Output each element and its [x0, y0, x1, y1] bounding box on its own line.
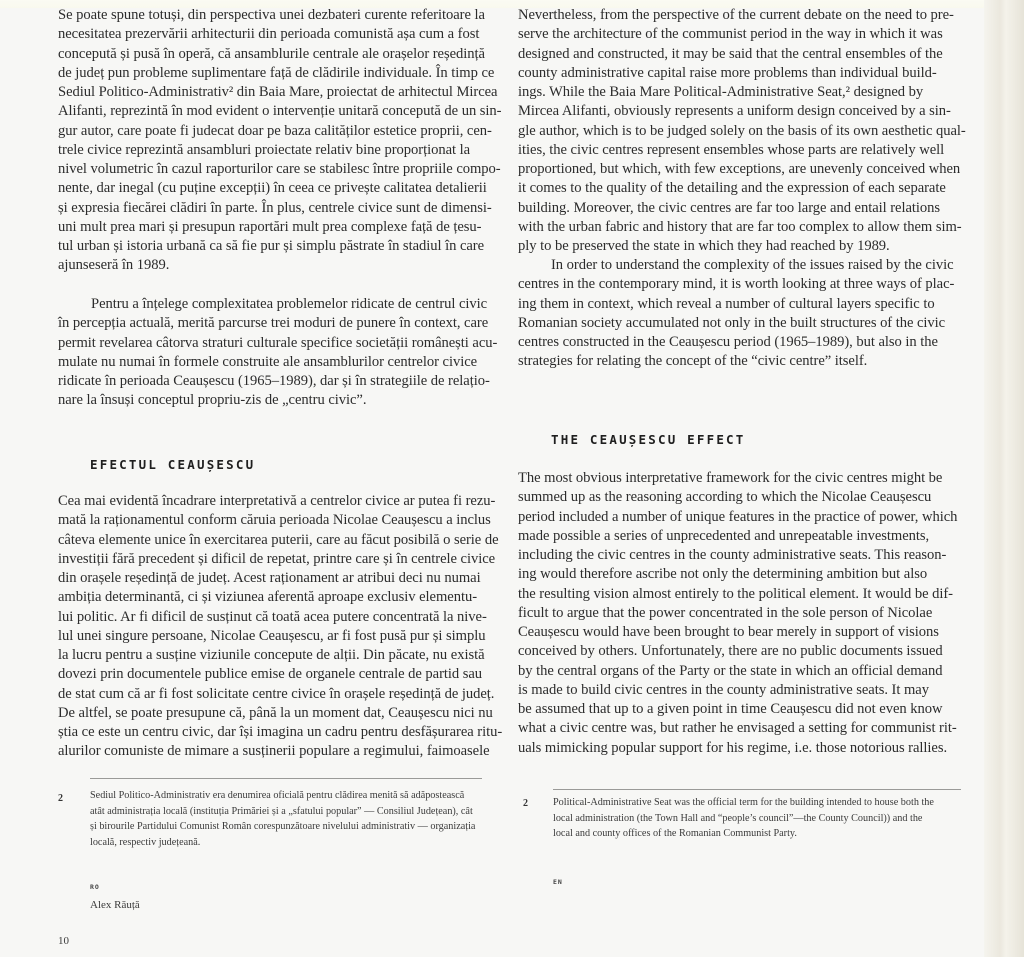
footnote-line: Sediul Politico-Administrativ era denumi… — [90, 788, 490, 804]
footnote-line: atât administrația locală (instituția Pr… — [90, 804, 490, 820]
text-line: ridicate în perioada Ceaușescu (1965–198… — [58, 372, 497, 391]
text-line: Pentru a înțelege complexitatea probleme… — [58, 295, 497, 314]
ro-paragraph-1: Se poate spune totuși, din perspectiva u… — [58, 6, 501, 276]
text-line: în percepția actuală, merită parcurse tr… — [58, 314, 497, 333]
text-line: by the central organs of the Party or th… — [518, 662, 950, 681]
text-line: investiții fără precedent și dificil de … — [58, 550, 478, 569]
text-line: county administrative capital raise more… — [518, 64, 950, 83]
text-line: the resulting vision almost entirely to … — [518, 585, 950, 604]
text-line: ply to be preserved the state in which t… — [518, 237, 950, 256]
text-line: uni mult prea mari și presupun raportări… — [58, 218, 501, 237]
footnote-line: local administration (the Town Hall and … — [553, 811, 963, 827]
text-line: Sediul Politico-Administrativ² din Baia … — [58, 83, 501, 102]
text-line: lui politic. Ar fi dificil de susținut c… — [58, 608, 478, 627]
text-line: nivel volumetric în cazul raporturilor c… — [58, 160, 501, 179]
text-line: trele civice reprezintă ansambluri proie… — [58, 141, 501, 160]
text-line: necesitatea prezervării arhitecturii din… — [58, 25, 501, 44]
text-line: Ceaușescu would have been brought to bea… — [518, 623, 950, 642]
text-line: mulate nu numai în formele construite al… — [58, 353, 497, 372]
text-line: ing would therefore ascribe not only the… — [518, 565, 950, 584]
text-line: strategies for relating the concept of t… — [518, 352, 950, 371]
text-line: period included a number of unique featu… — [518, 508, 950, 527]
text-line: nente, dar inegal (cu puține excepții) î… — [58, 179, 501, 198]
text-line: it comes to the quality of the detailing… — [518, 179, 950, 198]
en-paragraph-2: In order to understand the complexity of… — [518, 256, 950, 372]
text-line: be assumed that up to a given point in t… — [518, 700, 950, 719]
text-line: mată la raționamentul conform căruia per… — [58, 511, 478, 530]
en-language-tag: EN — [553, 878, 563, 886]
page-fold-edge — [984, 0, 1024, 957]
text-line: la lucru pentru a susține viziunile conc… — [58, 646, 478, 665]
page-number: 10 — [58, 935, 69, 947]
ro-paragraph-3: Cea mai evidentă încadrare interpretativ… — [58, 492, 478, 762]
footnote-line: Political-Administrative Seat was the of… — [553, 795, 963, 811]
text-line: with the urban fabric and history that a… — [518, 218, 950, 237]
text-line: câteva elemente unice în exercitarea put… — [58, 531, 478, 550]
ro-paragraph-2: Pentru a înțelege complexitatea probleme… — [58, 295, 497, 411]
text-line: In order to understand the complexity of… — [518, 256, 950, 275]
en-paragraph-1: Nevertheless, from the perspective of th… — [518, 6, 950, 256]
text-line: nare la însuși conceptul propriu-zis de … — [58, 391, 497, 410]
text-line: building. Moreover, the civic centres ar… — [518, 199, 950, 218]
text-line: centres in the contemporary mind, it is … — [518, 275, 950, 294]
text-line: uals mimicking popular support for his r… — [518, 739, 950, 758]
text-line: dovezi prin documentele publice emise de… — [58, 665, 478, 684]
text-line: conceived by others. Unfortunately, ther… — [518, 642, 950, 661]
text-line: concepută și pusă în operă, că ansamblur… — [58, 45, 501, 64]
text-line: Mircea Alifanti, obviously represents a … — [518, 102, 950, 121]
text-line: din orașele reședință de județ. Acest ra… — [58, 569, 478, 588]
text-line: The most obvious interpretative framewor… — [518, 469, 950, 488]
text-line: Nevertheless, from the perspective of th… — [518, 6, 950, 25]
text-line: ities, the civic centres represent ensem… — [518, 141, 950, 160]
en-section-heading: THE CEAUȘESCU EFFECT — [551, 432, 746, 447]
text-line: is made to build civic centres in the co… — [518, 681, 950, 700]
text-line: ing them in context, which reveal a numb… — [518, 295, 950, 314]
en-footnote-number: 2 — [523, 798, 528, 809]
text-line: lul unei singure persoane, Nicolae Ceauș… — [58, 627, 478, 646]
text-line: alurilor comuniste de mimare a susțineri… — [58, 742, 478, 761]
text-line: de județ pun probleme suplimentare față … — [58, 64, 501, 83]
text-line: ficult to argue that the power concentra… — [518, 604, 950, 623]
en-paragraph-3: The most obvious interpretative framewor… — [518, 469, 950, 758]
footnote-line: local and county offices of the Romanian… — [553, 826, 963, 842]
ro-language-tag: RO — [90, 883, 100, 891]
text-line: ings. While the Baia Mare Political-Admi… — [518, 83, 950, 102]
ro-footnote: Sediul Politico-Administrativ era denumi… — [90, 788, 490, 851]
footnote-line: locală, respectiv județeană. — [90, 835, 490, 851]
text-line: designed and constructed, it may be said… — [518, 45, 950, 64]
text-line: gur autor, care poate fi judecat doar pe… — [58, 122, 501, 141]
text-line: ajunseseră în 1989. — [58, 256, 501, 275]
text-line: what a civic centre was, but rather he e… — [518, 719, 950, 738]
text-line: De altfel, se poate presupune că, până l… — [58, 704, 478, 723]
text-line: știa ce este un centru civic, dar își im… — [58, 723, 478, 742]
text-line: ambiția determinantă, ci și viziunea afe… — [58, 588, 478, 607]
author-name: Alex Răuță — [90, 899, 140, 911]
text-line: Alifanti, reprezintă în mod evident o in… — [58, 102, 501, 121]
text-line: de stat cum că ar fi fost solicitate cen… — [58, 685, 478, 704]
text-line: Se poate spune totuși, din perspectiva u… — [58, 6, 501, 25]
ro-section-heading: EFECTUL CEAUȘESCU — [90, 457, 255, 472]
text-line: centres constructed in the Ceaușescu per… — [518, 333, 950, 352]
text-line: made possible a series of unprecedented … — [518, 527, 950, 546]
text-line: tul urban și istoria urbană ca să fie pu… — [58, 237, 501, 256]
text-line: proportioned, but which, with few except… — [518, 160, 950, 179]
text-line: și expresia fiecărei clădiri în parte. Î… — [58, 199, 501, 218]
text-line: Romanian society accumulated not only in… — [518, 314, 950, 333]
footnote-line: și birourile Partidului Comunist Român c… — [90, 819, 490, 835]
text-line: summed up as the reasoning according to … — [518, 488, 950, 507]
text-line: gle author, which is to be judged solely… — [518, 122, 950, 141]
ro-footnote-number: 2 — [58, 793, 63, 804]
text-line: permit revelarea câtorva straturi cultur… — [58, 334, 497, 353]
text-line: serve the architecture of the communist … — [518, 25, 950, 44]
ro-footnote-rule — [90, 778, 482, 779]
en-footnote-rule — [553, 789, 961, 790]
text-line: including the civic centres in the count… — [518, 546, 950, 565]
text-line: Cea mai evidentă încadrare interpretativ… — [58, 492, 478, 511]
en-footnote: Political-Administrative Seat was the of… — [553, 795, 963, 842]
